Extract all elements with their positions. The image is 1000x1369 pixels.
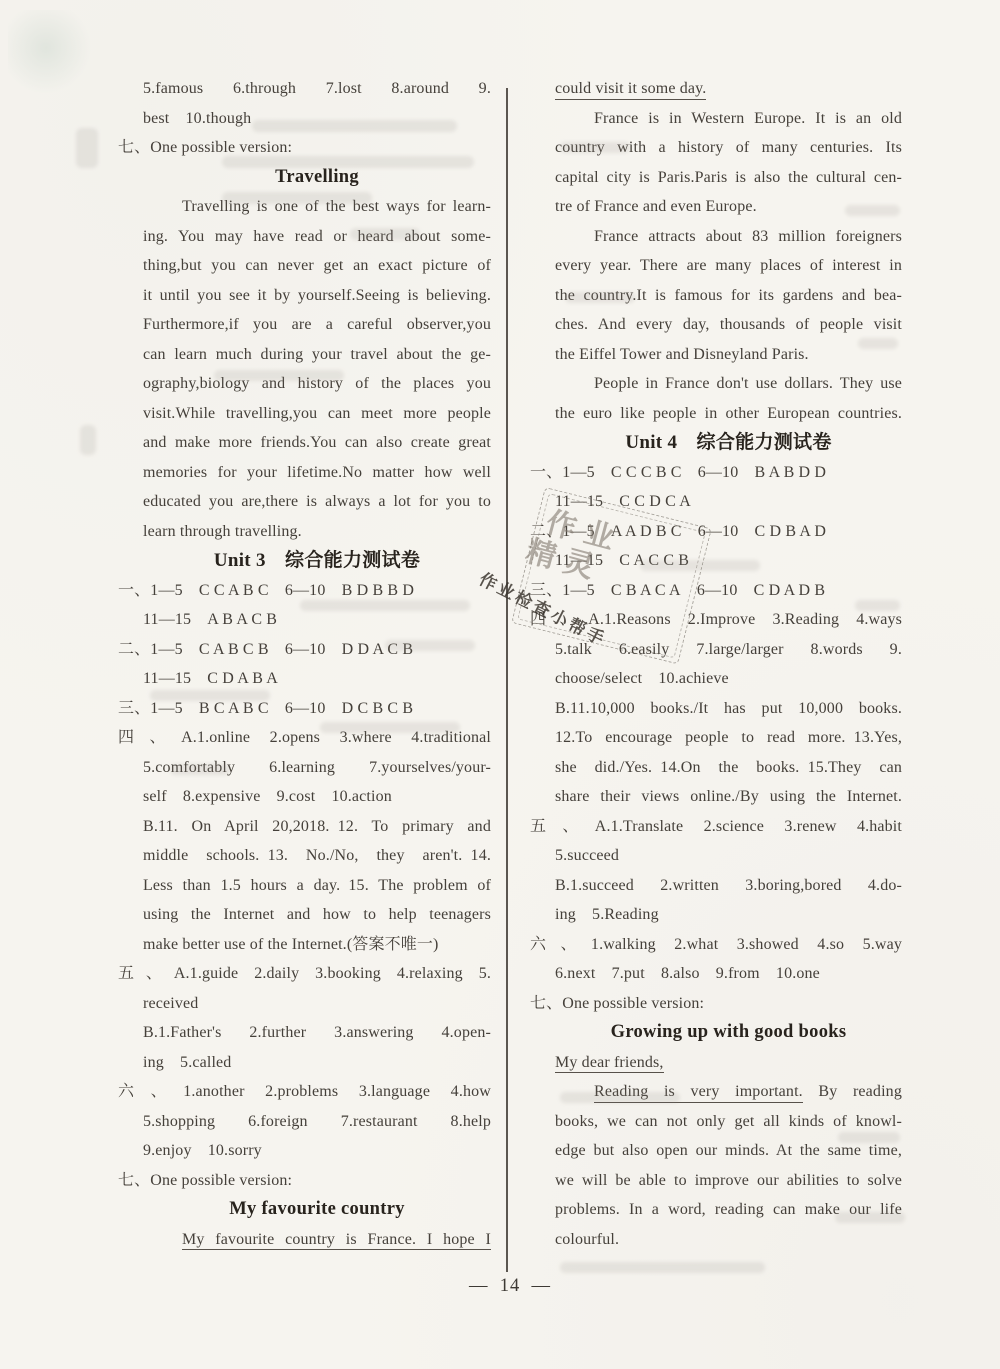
underlined-text: My dear friends, (555, 1054, 664, 1074)
text-segment: middle schools. 13. No./No, they aren't.… (143, 847, 491, 864)
text-segment: 五、A.1.guide 2.daily 3.booking 4.relaxing… (118, 965, 491, 982)
page-number: — 14 — (380, 1276, 640, 1297)
text-line: could visit it some day. (555, 74, 902, 104)
text-line: 6.next 7.put 8.also 9.from 10.one (555, 959, 902, 989)
text-segment: the Eiffel Tower and Disneyland Paris. (555, 346, 809, 363)
text-line: books, we can not only get all kinds of … (555, 1107, 902, 1137)
text-line: colourful. (555, 1225, 902, 1255)
text-line: she did./Yes. 14.On the books. 15.They c… (555, 753, 902, 783)
text-line: middle schools. 13. No./No, they aren't.… (143, 841, 491, 871)
text-line: Reading is very important. By reading (555, 1077, 902, 1107)
text-segment: By reading (803, 1083, 902, 1100)
text-segment: 9.enjoy 10.sorry (143, 1142, 262, 1159)
text-line: My favourite country is France. I hope I (143, 1225, 491, 1255)
text-segment: make better use of the Internet.(答案不唯一) (143, 936, 439, 953)
text-segment: the country.It is famous for its gardens… (555, 287, 902, 304)
text-segment: 12.To encourage people to read more. 13.… (555, 729, 902, 746)
text-line: educated you are,there is always a lot f… (143, 487, 491, 517)
text-segment: 七、One possible version: (118, 1172, 292, 1189)
text-line: 六、1.another 2.problems 3.language 4.how (118, 1077, 491, 1107)
text-line: visit.While travelling,you can meet more… (143, 399, 491, 429)
text-line: Furthermore,if you are a careful observe… (143, 310, 491, 340)
bleedthrough-artifact (560, 1262, 765, 1273)
heading-line: My favourite country (143, 1195, 491, 1225)
bleedthrough-artifact (80, 425, 96, 455)
text-segment: learn through travelling. (143, 523, 302, 540)
text-segment: we will be able to improve our abilities… (555, 1172, 902, 1189)
text-segment: 5.shopping 6.foreign 7.restaurant 8.help (143, 1113, 491, 1130)
text-segment: and make more friends.You can also creat… (143, 434, 491, 451)
text-line: ches. And every day, thousands of people… (555, 310, 902, 340)
text-segment: B.1.Father's 2.further 3.answering 4.ope… (143, 1024, 491, 1041)
text-line: ing. You may have read or heard about so… (143, 222, 491, 252)
text-line: 12.To encourage people to read more. 13.… (555, 723, 902, 753)
text-segment: 11—15 C D A B A (143, 670, 278, 687)
text-line: 七、One possible version: (118, 133, 491, 163)
underlined-text: could visit it some day. (555, 80, 706, 100)
text-line: 七、One possible version: (530, 989, 902, 1019)
text-line: we will be able to improve our abilities… (555, 1166, 902, 1196)
text-segment: 一、1—5 C C C B C 6—10 B A B D D (530, 464, 826, 481)
text-line: 9.enjoy 10.sorry (143, 1136, 491, 1166)
text-segment: France attracts about 83 million foreign… (594, 228, 902, 245)
heading-line: Unit 3 综合能力测试卷 (143, 546, 491, 576)
text-segment: the euro like people in other European c… (555, 405, 902, 422)
text-segment: People in France don't use dollars. They… (594, 375, 902, 392)
column-divider (506, 88, 508, 1272)
text-line: share their views online./By using the I… (555, 782, 902, 812)
heading-line: Travelling (143, 163, 491, 193)
text-line: France is in Western Europe. It is an ol… (555, 104, 902, 134)
text-segment: Unit 4 综合能力测试卷 (625, 432, 831, 453)
text-segment: Furthermore,if you are a careful observe… (143, 316, 491, 333)
text-segment: 6.next 7.put 8.also 9.from 10.one (555, 965, 820, 982)
text-segment: it until you see it by yourself.Seeing i… (143, 287, 491, 304)
text-line: 四、A.1.online 2.opens 3.where 4.tradition… (118, 723, 491, 753)
bleedthrough-artifact (76, 128, 98, 168)
text-segment: edge but also open our minds. At the sam… (555, 1142, 902, 1159)
text-line: 五、A.1.guide 2.daily 3.booking 4.relaxing… (118, 959, 491, 989)
text-line: problems. In a word, reading can make ou… (555, 1195, 902, 1225)
text-line: ing 5.Reading (555, 900, 902, 930)
text-segment: France is in Western Europe. It is an ol… (594, 110, 902, 127)
text-line: France attracts about 83 million foreign… (555, 222, 902, 252)
text-line: 三、1—5 B C A B C 6—10 D C B C B (118, 694, 491, 724)
text-line: make better use of the Internet.(答案不唯一) (143, 930, 491, 960)
text-segment: thing,but you can never get an exact pic… (143, 257, 491, 274)
text-line: 一、1—5 C C A B C 6—10 B D B B D (118, 576, 491, 606)
text-line: 11—15 A B A C B (143, 605, 491, 635)
scanned-answer-page: 5.famous 6.through 7.lost 8.around 9.bes… (0, 0, 1000, 1369)
text-segment: 5.famous 6.through 7.lost 8.around 9. (143, 80, 491, 97)
text-segment: 七、One possible version: (530, 995, 704, 1012)
text-line: every year. There are many places of int… (555, 251, 902, 281)
text-line: best 10.though (143, 104, 491, 134)
text-segment: Less than 1.5 hours a day. 15. The probl… (143, 877, 491, 894)
text-line: B.1.Father's 2.further 3.answering 4.ope… (143, 1018, 491, 1048)
text-line: B.11. On April 20,2018. 12. To primary a… (143, 812, 491, 842)
text-line: self 8.expensive 9.cost 10.action (143, 782, 491, 812)
text-segment: 六、1.walking 2.what 3.showed 4.so 5.way (530, 936, 902, 953)
text-segment: memories for your lifetime.No matter how… (143, 464, 491, 481)
text-segment: share their views online./By using the I… (555, 788, 902, 805)
text-line: ography,biology and history of the place… (143, 369, 491, 399)
text-segment: ing 5.Reading (555, 906, 659, 923)
text-segment: My favourite country (229, 1199, 405, 1219)
text-line: ing 5.called (143, 1048, 491, 1078)
text-line: Less than 1.5 hours a day. 15. The probl… (143, 871, 491, 901)
text-segment: colourful. (555, 1231, 619, 1248)
text-segment: 5.comfortably 6.learning 7.yourselves/yo… (143, 759, 491, 776)
text-segment: visit.While travelling,you can meet more… (143, 405, 491, 422)
scan-corner-artifact (8, 10, 92, 94)
text-line: it until you see it by yourself.Seeing i… (143, 281, 491, 311)
text-segment: can learn much during your travel about … (143, 346, 491, 363)
text-line: B.1.succeed 2.written 3.boring,bored 4.d… (555, 871, 902, 901)
text-segment: educated you are,there is always a lot f… (143, 493, 491, 510)
text-line: can learn much during your travel about … (143, 340, 491, 370)
text-segment: country with a history of many centuries… (555, 139, 902, 156)
text-segment: 四、A.1.online 2.opens 3.where 4.tradition… (118, 729, 491, 746)
text-segment: Travelling (275, 167, 359, 187)
text-line: B.11.10,000 books./It has put 10,000 boo… (555, 694, 902, 724)
heading-line: Growing up with good books (555, 1018, 902, 1048)
text-line: 5.shopping 6.foreign 7.restaurant 8.help (143, 1107, 491, 1137)
text-line: 六、1.walking 2.what 3.showed 4.so 5.way (530, 930, 902, 960)
text-line: the country.It is famous for its gardens… (555, 281, 902, 311)
text-line: and make more friends.You can also creat… (143, 428, 491, 458)
text-segment: ography,biology and history of the place… (143, 375, 491, 392)
text-segment: 五、A.1.Translate 2.science 3.renew 4.habi… (530, 818, 902, 835)
text-segment: B.11.10,000 books./It has put 10,000 boo… (555, 700, 902, 717)
text-segment: 六、1.another 2.problems 3.language 4.how (118, 1083, 491, 1100)
text-segment: ches. And every day, thousands of people… (555, 316, 902, 333)
text-segment: every year. There are many places of int… (555, 257, 902, 274)
text-line: choose/select 10.achieve (555, 664, 902, 694)
text-segment: she did./Yes. 14.On the books. 15.They c… (555, 759, 902, 776)
text-line: 五、A.1.Translate 2.science 3.renew 4.habi… (530, 812, 902, 842)
right-column: could visit it some day.France is in Wes… (530, 74, 902, 1254)
text-line: 二、1—5 C A B C B 6—10 D D A C B (118, 635, 491, 665)
text-line: the euro like people in other European c… (555, 399, 902, 429)
text-line: received (143, 989, 491, 1019)
text-segment: capital city is Paris.Paris is also the … (555, 169, 902, 186)
text-segment: self 8.expensive 9.cost 10.action (143, 788, 392, 805)
text-segment: Growing up with good books (611, 1022, 847, 1042)
text-segment: 二、1—5 C A B C B 6—10 D D A C B (118, 641, 413, 658)
text-segment: Unit 3 综合能力测试卷 (214, 550, 420, 571)
text-line: capital city is Paris.Paris is also the … (555, 163, 902, 193)
underlined-text: Reading is very important. (594, 1083, 803, 1103)
text-line: country with a history of many centuries… (555, 133, 902, 163)
text-segment: best 10.though (143, 110, 251, 127)
text-line: 11—15 C D A B A (143, 664, 491, 694)
text-segment: 一、1—5 C C A B C 6—10 B D B B D (118, 582, 414, 599)
text-line: 5.famous 6.through 7.lost 8.around 9. (143, 74, 491, 104)
left-column: 5.famous 6.through 7.lost 8.around 9.bes… (118, 74, 491, 1254)
text-segment: books, we can not only get all kinds of … (555, 1113, 902, 1130)
text-line: 5.comfortably 6.learning 7.yourselves/yo… (143, 753, 491, 783)
text-segment: using the Internet and how to help teena… (143, 906, 491, 923)
text-line: learn through travelling. (143, 517, 491, 547)
text-line: memories for your lifetime.No matter how… (143, 458, 491, 488)
text-segment: ing. You may have read or heard about so… (143, 228, 491, 245)
text-segment: Travelling is one of the best ways for l… (182, 198, 491, 215)
text-segment: problems. In a word, reading can make ou… (555, 1201, 902, 1218)
text-segment: 5.succeed (555, 847, 619, 864)
text-line: Travelling is one of the best ways for l… (143, 192, 491, 222)
text-line: My dear friends, (555, 1048, 902, 1078)
underlined-text: My favourite country is France. I hope I (182, 1231, 491, 1251)
text-line: using the Internet and how to help teena… (143, 900, 491, 930)
text-line: 一、1—5 C C C B C 6—10 B A B D D (530, 458, 902, 488)
text-line: edge but also open our minds. At the sam… (555, 1136, 902, 1166)
text-segment: 三、1—5 B C A B C 6—10 D C B C B (118, 700, 413, 717)
heading-line: Unit 4 综合能力测试卷 (555, 428, 902, 458)
text-line: thing,but you can never get an exact pic… (143, 251, 491, 281)
text-segment: 11—15 A B A C B (143, 611, 277, 628)
text-line: People in France don't use dollars. They… (555, 369, 902, 399)
text-line: tre of France and even Europe. (555, 192, 902, 222)
text-segment: tre of France and even Europe. (555, 198, 757, 215)
text-segment: ing 5.called (143, 1054, 231, 1071)
text-line: 5.succeed (555, 841, 902, 871)
text-segment: B.1.succeed 2.written 3.boring,bored 4.d… (555, 877, 902, 894)
text-segment: B.11. On April 20,2018. 12. To primary a… (143, 818, 491, 835)
text-line: 七、One possible version: (118, 1166, 491, 1196)
text-segment: received (143, 995, 198, 1012)
text-segment: choose/select 10.achieve (555, 670, 729, 687)
text-line: the Eiffel Tower and Disneyland Paris. (555, 340, 902, 370)
text-segment: 七、One possible version: (118, 139, 292, 156)
